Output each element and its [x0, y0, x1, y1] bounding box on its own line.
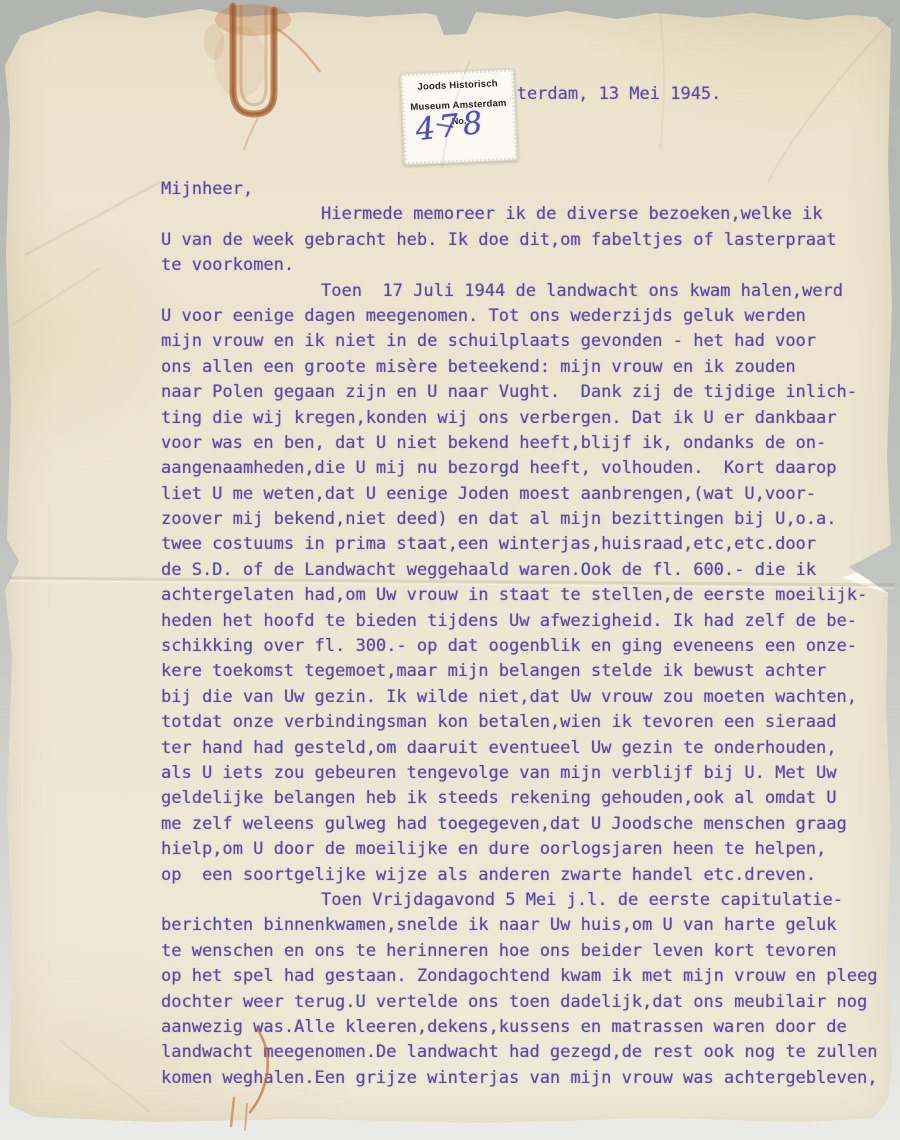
letter-body: Mijnheer,Hiermede memoreer ik de diverse… [161, 177, 900, 1091]
letter-line: de S.D. of de Landwacht weggehaald waren… [161, 558, 900, 583]
letter-line: op het spel had gestaan. Zondagochtend k… [161, 964, 900, 989]
archive-label: Joods Historisch Museum Amsterdam No. 47… [400, 69, 518, 166]
letter-line: berichten binnenkwamen,snelde ik naar Uw… [161, 913, 900, 938]
letter-line: schikking over fl. 300.- op dat oogenbli… [161, 634, 900, 659]
letter-line: U voor eenige dagen meegenomen. Tot ons … [161, 304, 900, 329]
letter-line: Hiermede memoreer ik de diverse bezoeken… [161, 202, 900, 227]
letter-line: te voorkomen. [161, 253, 900, 278]
letter-line: twee costuums in prima staat,een winterj… [161, 532, 900, 557]
letter-line: Toen 17 Juli 1944 de landwacht ons kwam … [161, 279, 900, 304]
letter-line: Toen Vrijdagavond 5 Mei j.l. de eerste c… [161, 888, 900, 913]
letter-page: Amsterdam, 13 Mei 1945. Mijnheer,Hiermed… [5, 5, 895, 1130]
letter-line: totdat onze verbindingsman kon betalen,w… [161, 710, 900, 735]
letter-line: heden het hoofd te bieden tijdens Uw afw… [161, 609, 900, 634]
letter-line: aangenaamheden,die U mij nu bezorgd heef… [161, 456, 900, 481]
letter-line: achtergelaten had,om Uw vrouw in staat t… [161, 583, 900, 608]
letter-line: geldelijke belangen heb ik steeds rekeni… [161, 786, 900, 811]
letter-line: me zelf weleens gulweg had toegegeven,da… [161, 812, 900, 837]
letter-line: zoover mij bekend,niet deed) en dat al m… [161, 507, 900, 532]
letter-line: als U iets zou gebeuren tengevolge van m… [161, 761, 900, 786]
letter-line: op een soortgelijke wijze als anderen zw… [161, 863, 900, 888]
letter-line: te wenschen en ons te herinneren hoe ons… [161, 939, 900, 964]
letter-line: voor was en ben, dat U niet bekend heeft… [161, 431, 900, 456]
letter-line: komen weghalen.Een grijze winterjas van … [161, 1066, 900, 1091]
archive-label-org-line1: Joods Historisch [401, 78, 513, 94]
letter-line: ter hand had gesteld,om daaruit eventuee… [161, 736, 900, 761]
letter-line: liet U me weten,dat U eenige Joden moest… [161, 482, 900, 507]
letter-line: mijn vrouw en ik niet in de schuilplaats… [161, 329, 900, 354]
letter-line: kere toekomst tegemoet,maar mijn belange… [161, 659, 900, 684]
letter-line: Mijnheer, [161, 177, 900, 202]
dateline: Amsterdam, 13 Mei 1945. [486, 83, 721, 105]
letter-line: landwacht meegenomen.De landwacht had ge… [161, 1040, 900, 1065]
scan-background: Amsterdam, 13 Mei 1945. Mijnheer,Hiermed… [0, 0, 900, 1140]
letter-line: aanwezig was.Alle kleeren,dekens,kussens… [161, 1015, 900, 1040]
letter-line: bij die van Uw gezin. Ik wilde niet,dat … [161, 685, 900, 710]
letter-line: naar Polen gegaan zijn en U naar Vught. … [161, 380, 900, 405]
letter-line: U van de week gebracht heb. Ik doe dit,o… [161, 228, 900, 253]
letter-line: hielp,om U door de moeilijke en dure oor… [161, 837, 900, 862]
letter-line: ting die wij kregen,konden wij ons verbe… [161, 406, 900, 431]
letter-line: dochter weer terug.U vertelde ons toen d… [161, 990, 900, 1015]
letter-line: ons allen een groote misère beteekend: m… [161, 355, 900, 380]
